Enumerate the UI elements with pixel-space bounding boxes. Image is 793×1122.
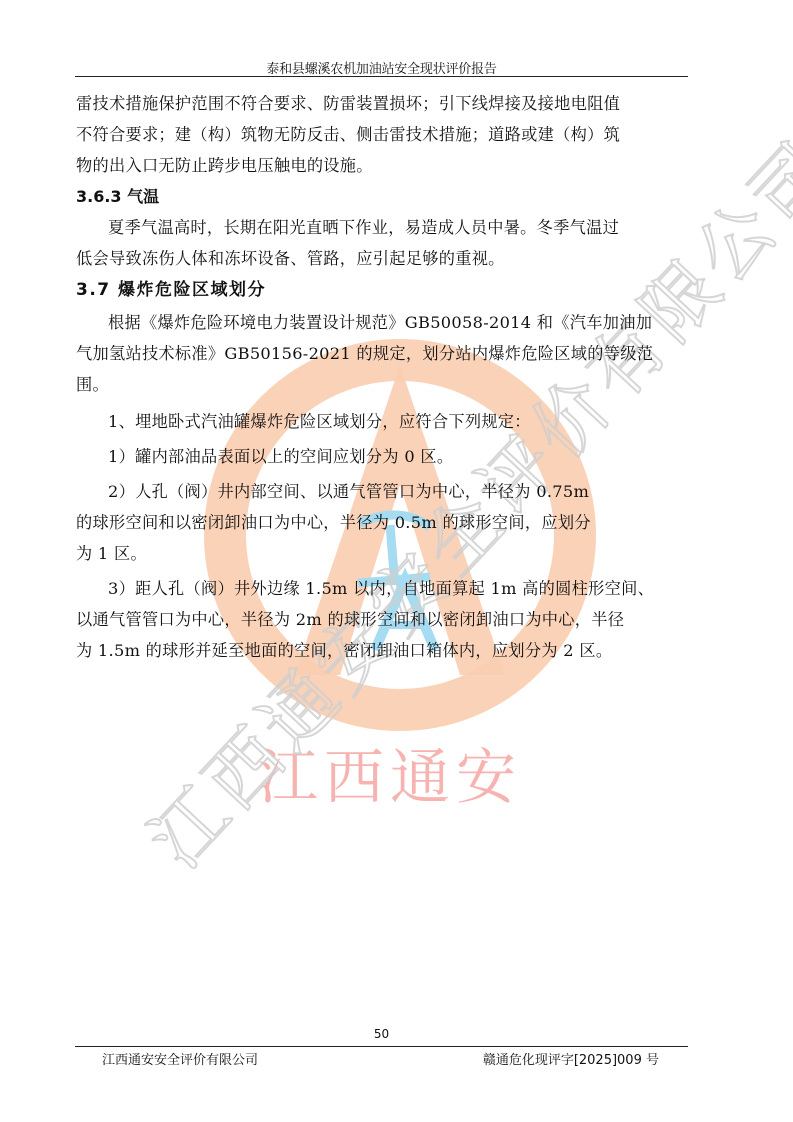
body-line: 根据《爆炸危险环境电力装置设计规范》GB50058-2014 和《汽车加油加	[76, 307, 688, 338]
sub-item-3: 3）距人孔（阀）井外边缘 1.5m 以内，自地面算起 1m 高的圆柱形空间、	[76, 573, 688, 604]
body-line: 不符合要求；建（构）筑物无防反击、侧击雷技术措施；道路或建（构）筑	[76, 119, 688, 150]
document-page: 泰和县螺溪农机加油站安全现状评价报告 江西通安安全评价有限公司 江西通安 雷技术…	[0, 0, 793, 1122]
body-line: 的球形空间和以密闭卸油口为中心，半径为 0.5m 的球形空间，应划分	[76, 507, 688, 538]
running-header-title: 泰和县螺溪农机加油站安全现状评价报告	[75, 58, 688, 77]
footer-report-number: 赣通危化现评字[2025]009 号	[483, 1049, 659, 1068]
body-line: 气加氢站技术标准》GB50156-2021 的规定，划分站内爆炸危险区域的等级范	[76, 338, 688, 369]
sub-item-1: 1）罐内部油品表面以上的空间应划分为 0 区。	[76, 441, 688, 472]
footer-company: 江西通安安全评价有限公司	[102, 1049, 258, 1068]
section-heading-3-7: 3.7 爆炸危险区域划分	[76, 274, 688, 307]
body-line: 为 1.5m 的球形并延至地面的空间，密闭卸油口箱体内，应划分为 2 区。	[76, 635, 688, 666]
body-line: 以通气管管口为中心，半径为 2m 的球形空间和以密闭卸油口为中心，半径	[76, 604, 688, 635]
sub-item-2: 2）人孔（阀）井内部空间、以通气管管口为中心，半径为 0.75m	[76, 476, 688, 507]
body-line: 雷技术措施保护范围不符合要求、防雷装置损坏；引下线焊接及接地电阻值	[76, 88, 688, 119]
body-line: 围。	[76, 369, 688, 400]
body-line: 物的出入口无防止跨步电压触电的设施。	[76, 150, 688, 181]
list-item-1: 1、埋地卧式汽油罐爆炸危险区域划分，应符合下列规定：	[76, 406, 688, 437]
document-body: 雷技术措施保护范围不符合要求、防雷装置损坏；引下线焊接及接地电阻值 不符合要求；…	[76, 88, 688, 666]
body-line: 低会导致冻伤人体和冻坏设备、管路，应引起足够的重视。	[76, 243, 688, 274]
footer-rule	[75, 1046, 688, 1047]
watermark-red-text: 江西通安	[258, 730, 522, 816]
page-number: 50	[0, 1027, 763, 1041]
body-line: 为 1 区。	[76, 538, 688, 569]
section-heading-3-6-3: 3.6.3 气温	[76, 181, 688, 212]
header-rule	[75, 76, 688, 77]
body-line: 夏季气温高时，长期在阳光直晒下作业，易造成人员中暑。冬季气温过	[76, 212, 688, 243]
